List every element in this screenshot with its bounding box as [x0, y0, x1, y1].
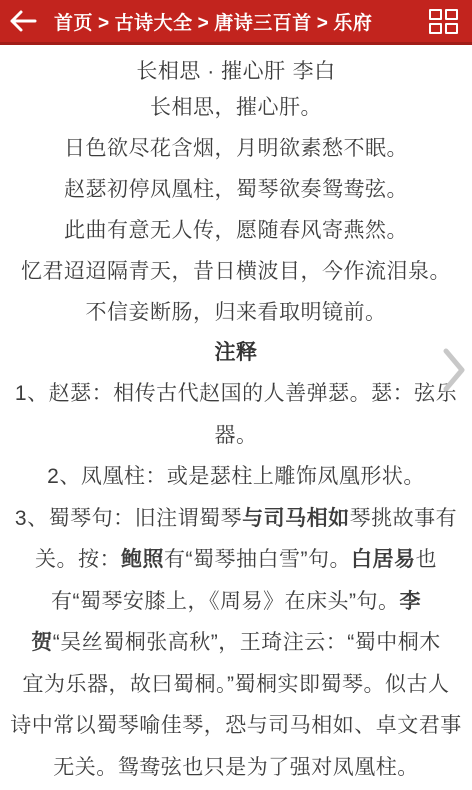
- poem-line: 日色欲尽花含烟，月明欲素愁不眠。: [0, 128, 472, 169]
- note-bold-term: 白居易: [351, 548, 416, 571]
- note-bold-term: 李: [400, 590, 422, 613]
- note-text: 诗中常以蜀琴喻佳琴，恐与司马相如、卓文君事: [10, 714, 462, 737]
- breadcrumb-item[interactable]: 乐府: [333, 13, 372, 34]
- poem-detail-screen: 首页>古诗大全>唐诗三百首>乐府 长相思 · 摧心肝李白 长相思，摧心肝。日色欲…: [0, 0, 472, 790]
- grid-icon: [429, 9, 442, 20]
- poem-title: 长相思 · 摧心肝李白: [0, 57, 472, 87]
- note-text: 也: [416, 548, 438, 571]
- note-line: 3、蜀琴句：旧注谓蜀琴与司马相如琴挑故事有: [0, 498, 472, 540]
- breadcrumb: 首页>古诗大全>唐诗三百首>乐府: [54, 8, 429, 35]
- note-line: 贺“吴丝蜀桐张高秋”，王琦注云：“蜀中桐木: [0, 622, 472, 664]
- note-line: 2、凤凰柱：或是瑟柱上雕饰凤凰形状。: [0, 456, 472, 498]
- note-text: 3、蜀琴句：旧注谓蜀琴: [15, 507, 242, 530]
- grid-icon: [445, 9, 458, 20]
- breadcrumb-separator: >: [198, 13, 210, 34]
- note-text: 有“蜀琴抽白雪”句。: [164, 548, 351, 571]
- note-text: 关。按：: [35, 548, 121, 571]
- note-text: 1、赵瑟：相传古代赵国的人善弹瑟。瑟：弦乐: [15, 382, 457, 405]
- breadcrumb-item[interactable]: 唐诗三百首: [214, 13, 312, 34]
- note-line: 1、赵瑟：相传古代赵国的人善弹瑟。瑟：弦乐: [0, 373, 472, 415]
- note-line: 器。: [0, 415, 472, 457]
- next-page-button[interactable]: [440, 344, 468, 396]
- note-text: 宜为乐器，故曰蜀桐。”蜀桐实即蜀琴。似古人: [23, 673, 450, 696]
- poem-line: 不信妾断肠，归来看取明镜前。: [0, 292, 472, 333]
- note-text: “吴丝蜀桐张高秋”，王琦注云：“蜀中桐木: [53, 631, 441, 654]
- poem-line: 忆君迢迢隔青天，昔日横波目，今作流泪泉。: [0, 251, 472, 292]
- breadcrumb-separator: >: [98, 13, 110, 34]
- notes-body: 1、赵瑟：相传古代赵国的人善弹瑟。瑟：弦乐器。2、凤凰柱：或是瑟柱上雕饰凤凰形状…: [0, 373, 472, 788]
- back-arrow-icon: [9, 9, 37, 33]
- note-text: 琴挑故事有: [350, 507, 458, 530]
- note-bold-term: 鲍照: [121, 548, 164, 571]
- note-line: 关。按：鲍照有“蜀琴抽白雪”句。白居易也: [0, 539, 472, 581]
- breadcrumb-item[interactable]: 古诗大全: [115, 13, 193, 34]
- grid-menu-button[interactable]: [429, 9, 458, 34]
- poem-line: 此曲有意无人传，愿随春风寄燕然。: [0, 210, 472, 251]
- grid-icon: [429, 23, 442, 34]
- note-line: 无关。鸳鸯弦也只是为了强对凤凰柱。: [0, 747, 472, 789]
- note-text: 2、凤凰柱：或是瑟柱上雕饰凤凰形状。: [47, 465, 425, 488]
- note-line: 诗中常以蜀琴喻佳琴，恐与司马相如、卓文君事: [0, 705, 472, 747]
- note-text: 有“蜀琴安膝上，《周易》在床头”句。: [51, 590, 400, 613]
- poem-title-text: 长相思 · 摧心肝: [136, 60, 285, 83]
- app-header: 首页>古诗大全>唐诗三百首>乐府: [0, 0, 472, 45]
- note-bold-term: 与司马相如: [242, 507, 350, 530]
- poem-line: 赵瑟初停凤凰柱，蜀琴欲奏鸳鸯弦。: [0, 169, 472, 210]
- poem-content: 长相思 · 摧心肝李白 长相思，摧心肝。日色欲尽花含烟，月明欲素愁不眠。赵瑟初停…: [0, 57, 472, 788]
- poem-author: 李白: [293, 60, 336, 83]
- breadcrumb-item[interactable]: 首页: [54, 13, 93, 34]
- notes-heading: 注释: [0, 333, 472, 373]
- note-line: 宜为乐器，故曰蜀桐。”蜀桐实即蜀琴。似古人: [0, 664, 472, 706]
- note-line: 有“蜀琴安膝上，《周易》在床头”句。李: [0, 581, 472, 623]
- note-text: 无关。鸳鸯弦也只是为了强对凤凰柱。: [53, 756, 419, 779]
- back-button[interactable]: [0, 0, 46, 42]
- grid-icon: [445, 23, 458, 34]
- poem-line: 长相思，摧心肝。: [0, 87, 472, 128]
- chevron-right-icon: [441, 346, 467, 394]
- note-bold-term: 贺: [31, 631, 53, 654]
- note-text: 器。: [215, 424, 258, 447]
- breadcrumb-separator: >: [317, 13, 329, 34]
- poem-body: 长相思，摧心肝。日色欲尽花含烟，月明欲素愁不眠。赵瑟初停凤凰柱，蜀琴欲奏鸳鸯弦。…: [0, 87, 472, 333]
